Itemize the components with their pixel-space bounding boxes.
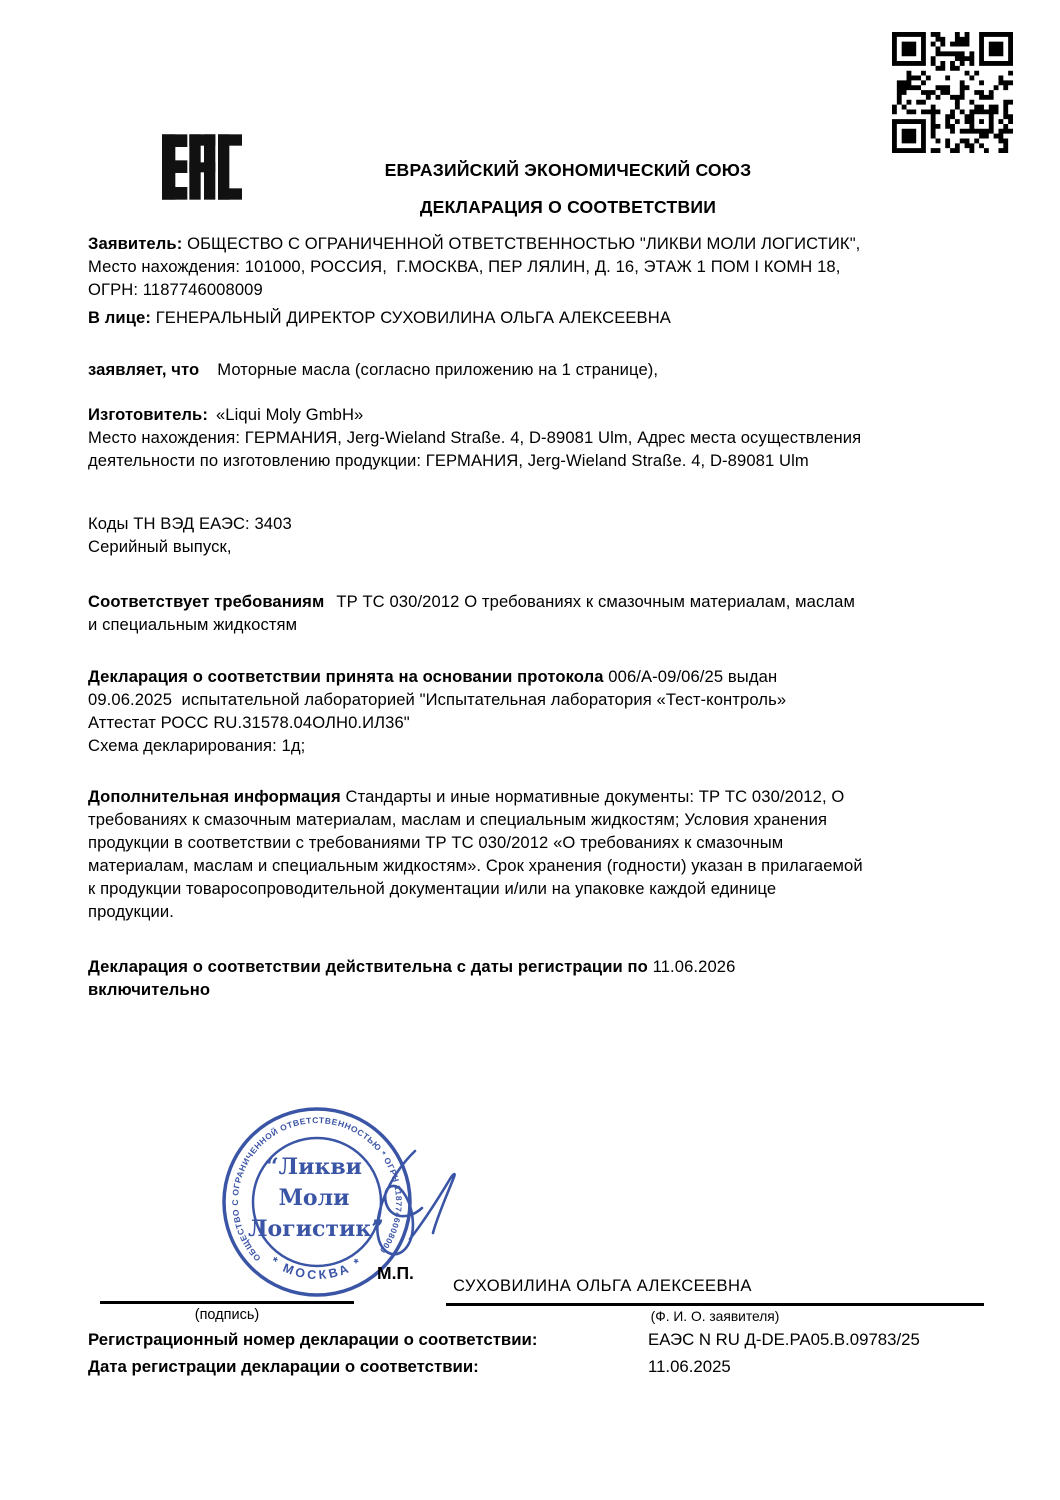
additional-info-line: продукции в соответствии с требованиями …: [88, 833, 783, 852]
holder-name: СУХОВИЛИНА ОЛЬГА АЛЕКСЕЕВНА: [453, 1276, 752, 1296]
registration-date-label: Дата регистрации декларации о соответств…: [88, 1357, 479, 1377]
compliance-paragraph: Соответствует требованиямТР ТС 030/2012 …: [88, 590, 994, 636]
additional-info-line: материалам, маслам и специальным жидкост…: [88, 856, 863, 875]
validity-date: 11.06.2026: [653, 957, 736, 976]
additional-info-line: требованиях к смазочным материалам, масл…: [88, 810, 827, 829]
applicant-line: ОГРН: 1187746008009: [88, 280, 263, 299]
applicant-paragraph: Заявитель: ОБЩЕСТВО С ОГРАНИЧЕННОЙ ОТВЕТ…: [88, 232, 994, 301]
declaration-document: ЕВРАЗИЙСКИЙ ЭКОНОМИЧЕСКИЙ СОЮЗ ДЕКЛАРАЦИ…: [0, 0, 1060, 1500]
applicant-line: ОБЩЕСТВО С ОГРАНИЧЕННОЙ ОТВЕТСТВЕННОСТЬЮ…: [187, 234, 860, 253]
stamp-city-text: * МОСКВА *: [268, 1254, 366, 1282]
validity-label: Декларация о соответствии действительна …: [88, 957, 648, 976]
declares-paragraph: заявляет, чтоМоторные масла (согласно пр…: [88, 358, 994, 381]
manufacturer-label: Изготовитель:: [88, 405, 208, 424]
registration-number-label: Регистрационный номер декларации о соотв…: [88, 1330, 537, 1350]
additional-info-line: к продукции товаросопроводительной докум…: [88, 879, 776, 898]
in-person-text: ГЕНЕРАЛЬНЫЙ ДИРЕКТОР СУХОВИЛИНА ОЛЬГА АЛ…: [156, 308, 671, 327]
fio-caption: (Ф. И. О. заявителя): [446, 1309, 984, 1324]
signature-caption: (подпись): [100, 1307, 354, 1323]
basis-line: Схема декларирования: 1д;: [88, 736, 305, 755]
stamp-center-line: Моли: [279, 1185, 350, 1211]
manufacturer-address: деятельности по изготовлению продукции: …: [88, 451, 809, 470]
in-person-label: В лице:: [88, 308, 151, 327]
name-line: [446, 1303, 984, 1306]
compliance-line: ТР ТС 030/2012 О требованиях к смазочным…: [336, 592, 855, 611]
codes-paragraph: Коды ТН ВЭД ЕАЭС: 3403Серийный выпуск,: [88, 512, 994, 558]
stamp-center-line: Логистик”: [248, 1216, 384, 1242]
manufacturer-address: Место нахождения: ГЕРМАНИЯ, Jerg-Wieland…: [88, 428, 861, 447]
eac-logo: [162, 134, 242, 200]
registration-date-value: 11.06.2025: [648, 1357, 731, 1377]
registration-number-value: ЕАЭС N RU Д-DE.PA05.B.09783/25: [648, 1330, 920, 1350]
compliance-label: Соответствует требованиям: [88, 592, 324, 611]
declares-label: заявляет, что: [88, 360, 199, 379]
basis-paragraph: Декларация о соответствии принята на осн…: [88, 665, 994, 757]
doc-title: ДЕКЛАРАЦИЯ О СООТВЕТСТВИИ: [420, 197, 716, 218]
declares-text: Моторные масла (согласно приложению на 1…: [217, 360, 658, 379]
applicant-label: Заявитель:: [88, 234, 182, 253]
codes-line: Коды ТН ВЭД ЕАЭС: 3403: [88, 514, 292, 533]
compliance-line: и специальным жидкостям: [88, 615, 297, 634]
signature-line: [100, 1301, 354, 1304]
validity-paragraph: Декларация о соответствии действительна …: [88, 955, 994, 1001]
additional-info-line: продукции.: [88, 902, 174, 921]
mp-seal-label: М.П.: [377, 1263, 414, 1284]
in-person-paragraph: В лице: ГЕНЕРАЛЬНЫЙ ДИРЕКТОР СУХОВИЛИНА …: [88, 306, 994, 329]
validity-suffix: включительно: [88, 980, 210, 999]
additional-info-line: Стандарты и иные нормативные документы: …: [345, 787, 844, 806]
company-stamp: ОБЩЕСТВО С ОГРАНИЧЕННОЙ ОТВЕТСТВЕННОСТЬЮ…: [210, 1093, 475, 1313]
basis-line: 006/А-09/06/25 выдан: [608, 667, 777, 686]
additional-info-label: Дополнительная информация: [88, 787, 341, 806]
additional-info-paragraph: Дополнительная информация Стандарты и ин…: [88, 785, 994, 923]
union-title: ЕВРАЗИЙСКИЙ ЭКОНОМИЧЕСКИЙ СОЮЗ: [385, 160, 752, 181]
applicant-line: Место нахождения: 101000, РОССИЯ, Г.МОСК…: [88, 257, 840, 276]
manufacturer-paragraph: Изготовитель:«Liqui Moly GmbH»Место нахо…: [88, 403, 994, 472]
stamp-center-line: “Ликви: [266, 1154, 362, 1180]
basis-label: Декларация о соответствии принята на осн…: [88, 667, 604, 686]
basis-line: 09.06.2025 испытательной лабораторией "И…: [88, 690, 786, 709]
manufacturer-name: «Liqui Moly GmbH»: [216, 405, 363, 424]
qr-code: [892, 32, 1013, 153]
basis-line: Аттестат РОСС RU.31578.04ОЛН0.ИЛ36": [88, 713, 410, 732]
codes-line: Серийный выпуск,: [88, 537, 232, 556]
